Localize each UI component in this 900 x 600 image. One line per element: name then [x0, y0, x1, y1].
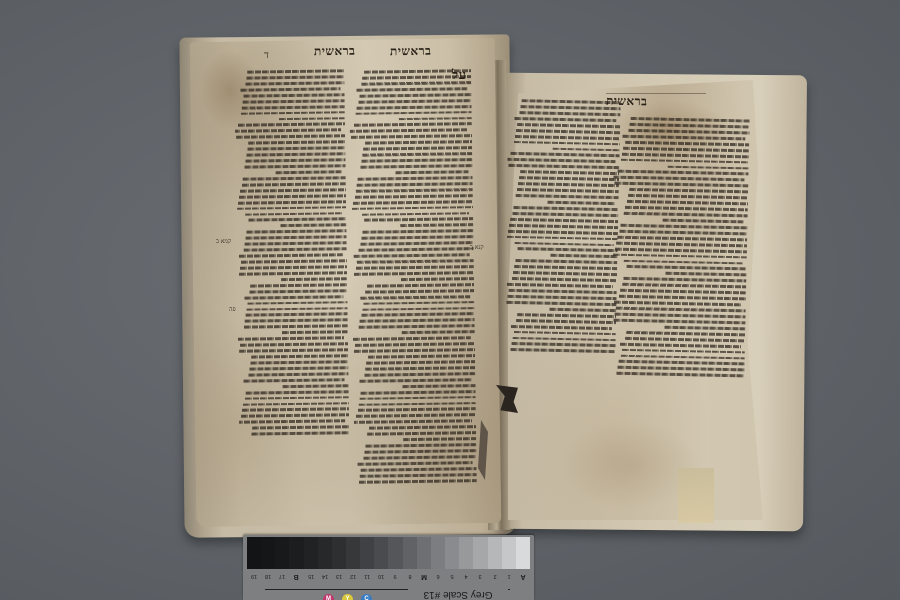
text-line: [621, 224, 748, 230]
text-line: [364, 69, 471, 73]
text-line: [361, 390, 476, 394]
grey-patch: [304, 537, 318, 569]
text-line: [354, 348, 475, 353]
text-line: [547, 201, 614, 205]
text-line: [240, 188, 346, 192]
patch-label: 2: [488, 571, 502, 581]
text-line: [243, 93, 344, 97]
text-line: [236, 135, 345, 139]
text-line: [356, 87, 467, 91]
text-line: [354, 194, 472, 199]
text-line: [622, 152, 749, 158]
text-line: [249, 366, 348, 370]
text-line: [248, 140, 345, 144]
grey-patch: [417, 537, 431, 569]
text-line: [663, 219, 744, 224]
text-line: [367, 283, 474, 287]
patch-label: 5: [445, 571, 459, 581]
patch-label: 11: [360, 571, 374, 581]
text-line: [243, 378, 344, 382]
text-line: [518, 182, 619, 187]
text-line: [616, 241, 747, 247]
text-line: [242, 408, 349, 412]
text-line: [234, 129, 341, 133]
grey-patch: [275, 537, 289, 569]
text-line: [360, 396, 476, 401]
text-line: [276, 170, 342, 174]
text-line: [515, 135, 620, 140]
text-line: [366, 289, 475, 293]
text-line: [238, 253, 343, 257]
text-line: [621, 354, 745, 359]
text-line: [626, 331, 745, 336]
text-line: [239, 348, 348, 352]
text-line: [508, 164, 619, 169]
text-line: [624, 212, 748, 217]
text-line: [668, 165, 749, 170]
patch-label: A: [516, 571, 530, 581]
text-line: [359, 324, 475, 329]
text-line: [353, 200, 473, 205]
patch-label: 14: [318, 571, 332, 581]
patch-label: 4: [459, 571, 473, 581]
text-line: [280, 224, 346, 228]
right-page-text-column-outer: [609, 117, 749, 382]
text-line: [613, 253, 747, 259]
text-line: [512, 212, 618, 217]
text-line: [619, 360, 745, 366]
text-line: [403, 437, 476, 441]
cyan-dot: C: [361, 594, 372, 600]
text-line: [516, 194, 619, 199]
text-line: [511, 218, 619, 223]
text-line: [550, 254, 617, 258]
text-line: [621, 158, 749, 164]
text-line: [251, 431, 349, 435]
running-head-left-outer: בראשית: [314, 44, 356, 60]
patch-label: 6: [431, 571, 445, 581]
text-line: [246, 75, 344, 79]
grey-patch: [431, 537, 445, 569]
text-line: [361, 467, 477, 472]
grey-patch: [502, 537, 516, 569]
text-line: [511, 152, 620, 157]
text-line: [244, 295, 343, 299]
grey-patch: [318, 537, 332, 569]
text-line: [395, 170, 468, 174]
text-line: [241, 105, 344, 109]
text-line: [240, 87, 340, 91]
text-line: [613, 319, 745, 325]
text-line: [616, 307, 746, 313]
text-line: [514, 117, 616, 122]
text-line: [352, 206, 473, 211]
text-line: [238, 200, 346, 204]
patch-label: 9: [388, 571, 402, 581]
text-line: [665, 272, 746, 277]
patch-label: 3: [473, 571, 487, 581]
text-line: [509, 224, 618, 229]
text-line: [513, 206, 618, 211]
text-line: [517, 188, 619, 193]
card-title: Grey Scale #13: [408, 589, 508, 600]
text-line: [623, 277, 746, 282]
text-line: [621, 289, 747, 295]
text-line: [241, 182, 346, 186]
text-line: [625, 206, 748, 211]
text-line: [622, 348, 745, 353]
text-line: [358, 176, 473, 180]
text-line: [510, 348, 615, 353]
text-line: [245, 313, 347, 317]
text-line: [242, 99, 344, 103]
text-line: [513, 271, 617, 276]
text-line: [248, 218, 346, 222]
text-line: [521, 170, 620, 175]
patch-label: 17: [275, 571, 289, 581]
handwritten-annotation: [606, 83, 706, 94]
text-line: [364, 372, 475, 376]
text-line: [357, 259, 474, 264]
text-line: [356, 111, 472, 116]
text-line: [357, 182, 473, 187]
text-line: [402, 330, 475, 334]
text-line: [368, 431, 477, 435]
grey-patch: [360, 537, 374, 569]
running-head-left-inner: בראשית: [390, 44, 432, 60]
patch-label: B: [289, 571, 303, 581]
text-line: [354, 271, 474, 276]
text-line: [614, 301, 742, 307]
grey-patch: [459, 537, 473, 569]
patch-label: 10: [374, 571, 388, 581]
text-line: [242, 176, 345, 180]
text-line: [239, 194, 346, 198]
text-line: [365, 140, 472, 144]
text-line: [506, 283, 612, 288]
text-line: [365, 443, 476, 447]
text-line: [619, 342, 741, 347]
text-line: [236, 420, 345, 424]
grey-scale-patches: [247, 537, 530, 569]
grey-patch: [346, 537, 360, 569]
folio-mark: ד: [264, 50, 269, 61]
text-line: [628, 194, 748, 199]
text-line: [520, 111, 621, 116]
text-line: [363, 301, 474, 305]
text-line: [506, 158, 616, 163]
text-line: [368, 354, 475, 358]
grey-patch: [388, 537, 402, 569]
text-line: [507, 301, 617, 306]
text-line: [361, 81, 471, 85]
text-line: [240, 111, 345, 115]
text-line: [399, 117, 472, 121]
text-line: [361, 235, 473, 239]
text-line: [357, 105, 472, 109]
text-line: [615, 313, 746, 319]
text-line: [239, 271, 347, 275]
text-line: [359, 402, 476, 407]
text-line: [241, 414, 349, 418]
text-line: [246, 152, 345, 156]
text-line: [365, 366, 475, 370]
text-line: [281, 277, 347, 281]
text-line: [508, 295, 617, 300]
patch-label: 19: [247, 571, 261, 581]
text-line: [626, 200, 748, 205]
text-line: [629, 123, 749, 128]
text-line: [362, 307, 474, 311]
margin-note: פה: [229, 306, 236, 313]
text-line: [282, 330, 348, 334]
patch-label: 18: [261, 571, 275, 581]
patched-repair: [678, 468, 714, 523]
magenta-dot: M: [323, 594, 334, 600]
text-line: [244, 396, 349, 400]
patch-label: 13: [332, 571, 346, 581]
text-line: [618, 170, 749, 176]
text-line: [360, 473, 477, 478]
patch-label: 8: [403, 571, 417, 581]
text-line: [512, 277, 617, 282]
text-line: [616, 372, 744, 378]
right-page-text-column-inner: [503, 99, 620, 359]
patch-label: M: [417, 571, 431, 581]
text-line: [247, 69, 344, 73]
text-line: [629, 188, 748, 193]
grey-patch: [289, 537, 303, 569]
text-line: [359, 247, 474, 251]
grey-scale-calibration-card: A123456M89101112131415B171819 Grey Scale…: [243, 535, 534, 600]
text-line: [513, 141, 619, 146]
grey-patch: [488, 537, 502, 569]
text-line: [618, 235, 748, 241]
text-line: [519, 176, 619, 181]
text-line: [619, 230, 747, 236]
photograph: ד בראשית בראשית על בראשית קמא ב קנא ב פה…: [0, 0, 900, 600]
left-page-text-column-outer: [234, 69, 350, 470]
text-line: [362, 229, 473, 233]
text-line: [624, 146, 750, 152]
text-line: [245, 212, 342, 216]
text-line: [355, 342, 475, 347]
text-line: [244, 319, 347, 323]
text-line: [250, 283, 347, 287]
text-line: [351, 134, 472, 139]
text-line: [237, 206, 346, 210]
text-line: [615, 247, 747, 253]
text-line: [619, 295, 746, 301]
grey-scale-labels: A123456M89101112131415B171819: [247, 571, 530, 581]
text-line: [360, 319, 475, 323]
text-line: [351, 420, 472, 425]
margin-note: קמא ב: [216, 238, 231, 245]
text-line: [248, 372, 348, 376]
text-line: [240, 265, 347, 269]
text-line: [359, 378, 471, 382]
text-line: [360, 164, 472, 168]
text-line: [245, 158, 345, 162]
grey-patch: [445, 537, 459, 569]
text-line: [618, 366, 745, 372]
text-line: [358, 479, 476, 484]
text-line: [511, 325, 612, 330]
text-line: [352, 336, 470, 341]
grey-patch: [473, 537, 487, 569]
text-line: [245, 390, 348, 394]
text-line: [516, 129, 620, 134]
text-line: [364, 449, 476, 453]
text-line: [624, 259, 743, 264]
text-line: [251, 354, 348, 358]
text-line: [515, 242, 614, 247]
text-line: [246, 307, 347, 311]
patch-label: 15: [304, 571, 318, 581]
text-line: [363, 455, 476, 459]
text-line: [514, 265, 617, 270]
text-line: [252, 425, 349, 429]
yellow-dot: Y: [342, 594, 353, 600]
patch-label: 1: [502, 571, 516, 581]
text-line: [364, 146, 473, 150]
text-line: [240, 342, 348, 346]
text-line: [552, 147, 619, 151]
patch-label: 12: [346, 571, 360, 581]
text-line: [549, 308, 616, 312]
text-line: [354, 253, 470, 258]
open-book: ד בראשית בראשית על בראשית קמא ב קנא ב פה: [0, 0, 900, 600]
text-line: [238, 123, 345, 127]
text-line: [359, 93, 471, 97]
text-line: [360, 241, 473, 245]
text-line: [237, 336, 344, 340]
text-line: [369, 425, 476, 429]
grey-patch: [374, 537, 388, 569]
text-line: [363, 75, 472, 79]
text-line: [626, 265, 746, 270]
text-line: [612, 176, 744, 182]
grey-patch: [332, 537, 346, 569]
text-line: [250, 360, 348, 364]
text-line: [518, 248, 618, 253]
text-line: [507, 235, 618, 240]
text-line: [361, 313, 474, 317]
text-line: [357, 408, 475, 413]
text-line: [243, 247, 346, 251]
text-line: [509, 289, 617, 294]
text-line: [625, 337, 745, 342]
text-line: [243, 325, 348, 329]
text-line: [622, 283, 746, 288]
text-line: [361, 158, 472, 162]
text-line: [622, 135, 745, 140]
text-line: [514, 331, 616, 336]
text-line: [511, 342, 615, 347]
text-line: [247, 146, 345, 150]
text-line: [247, 301, 347, 305]
text-line: [249, 289, 347, 293]
text-line: [358, 99, 471, 103]
grey-patch: [516, 537, 530, 569]
text-line: [508, 229, 618, 234]
text-line: [400, 224, 473, 228]
text-line: [615, 182, 749, 188]
text-line: [360, 295, 470, 299]
text-line: [365, 218, 474, 222]
text-line: [625, 141, 749, 146]
text-line: [362, 212, 469, 216]
text-line: [245, 235, 346, 239]
text-line: [402, 384, 475, 388]
text-line: [517, 123, 620, 128]
text-line: [353, 123, 471, 128]
text-line: [628, 129, 750, 134]
text-line: [283, 384, 349, 388]
text-line: [356, 188, 473, 193]
text-line: [246, 230, 346, 234]
grey-patch: [247, 537, 261, 569]
text-line: [241, 259, 347, 263]
grey-patch: [261, 537, 275, 569]
text-line: [358, 461, 473, 465]
text-line: [362, 152, 472, 156]
text-line: [244, 241, 346, 245]
text-line: [664, 326, 745, 331]
text-line: [279, 117, 345, 121]
text-line: [355, 265, 473, 270]
text-line: [367, 360, 476, 364]
text-line: [244, 164, 345, 168]
text-line: [515, 259, 617, 264]
text-line: [513, 336, 616, 341]
text-line: [356, 414, 476, 419]
text-line: [518, 313, 617, 318]
grey-patch: [403, 537, 417, 569]
text-line: [349, 129, 468, 134]
text-line: [516, 319, 616, 324]
text-line: [521, 105, 621, 110]
left-page-text-column-inner: [349, 69, 477, 491]
text-line: [245, 81, 344, 85]
text-line: [401, 277, 474, 281]
text-line: [243, 402, 349, 406]
